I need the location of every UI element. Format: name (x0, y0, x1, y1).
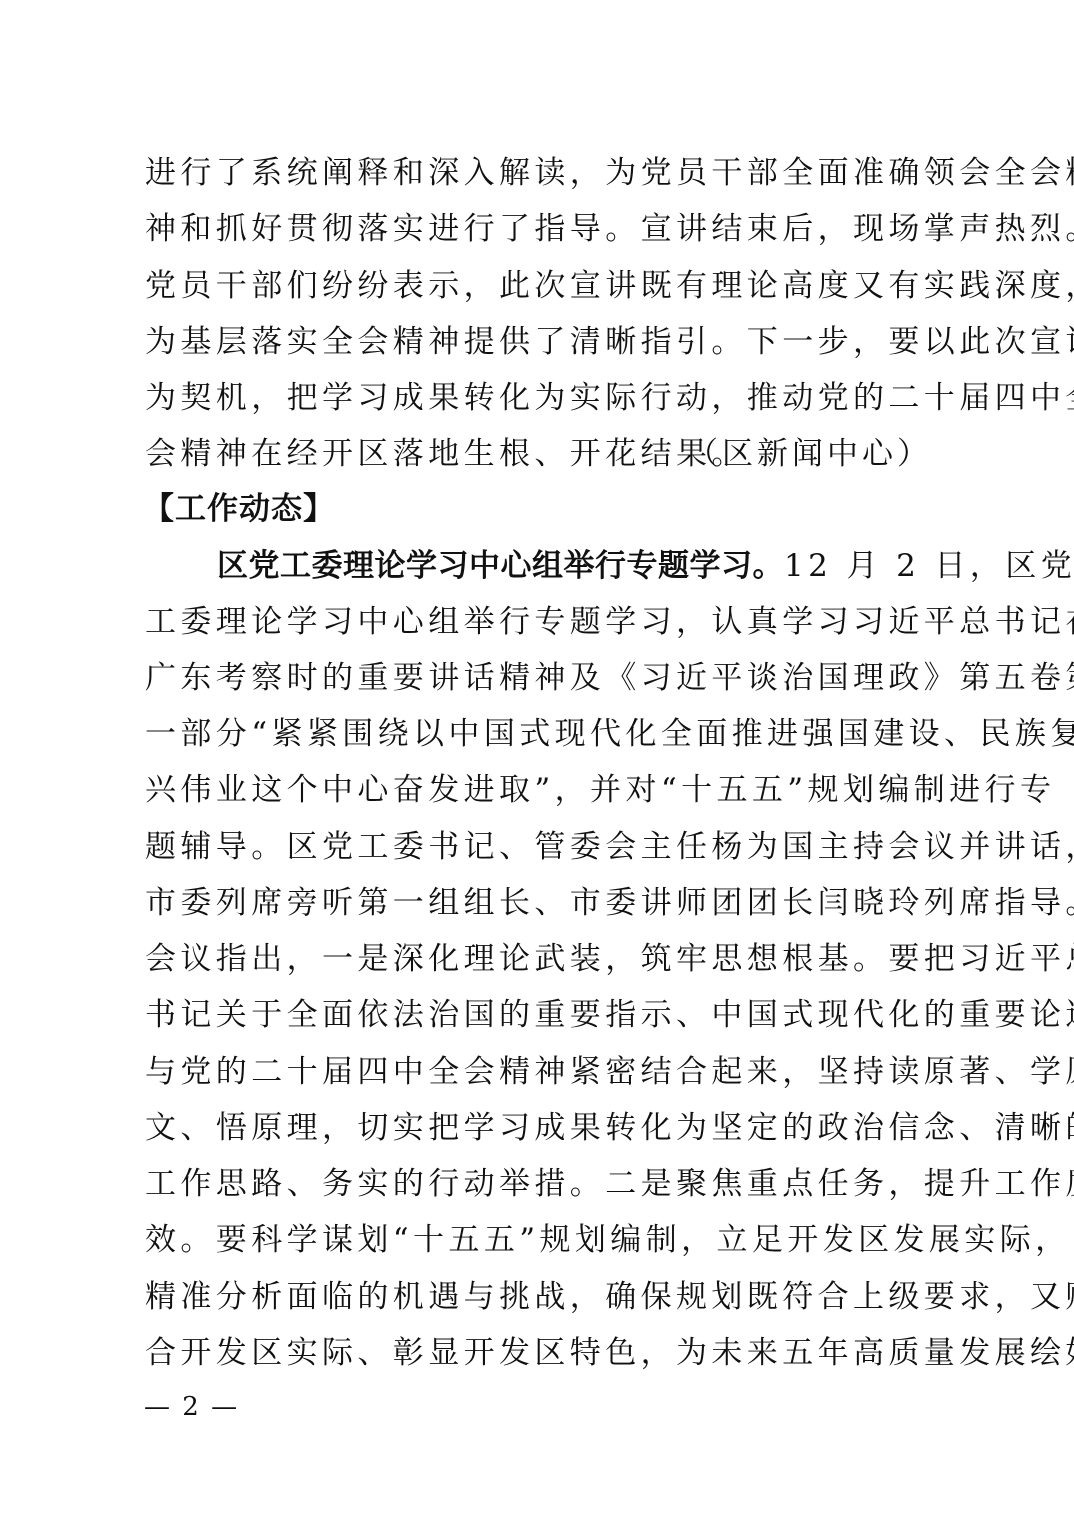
paragraph-line: 进行了系统阐释和深入解读，为党员干部全面准确领会全会精 (145, 153, 935, 193)
article-date-text: 12 月 2 日，区党 (784, 548, 1074, 584)
paragraph-line: 一部分“紧紧围绕以中国式现代化全面推进强国建设、民族复 (145, 714, 935, 754)
article-title-lead: 区党工委理论学习中心组举行专题学习。 (217, 548, 784, 584)
paragraph-line: 工委理论学习中心组举行专题学习，认真学习习近平总书记在 (145, 602, 935, 642)
paragraph-line: 合开发区实际、彰显开发区特色，为未来五年高质量发展绘好 (145, 1333, 935, 1373)
section-heading: 【工作动态】 (143, 489, 335, 529)
paragraph-line: 工作思路、务实的行动举措。二是聚焦重点任务，提升工作质 (145, 1164, 935, 1204)
paragraph-line: 广东考察时的重要讲话精神及《习近平谈治国理政》第五卷第 (145, 658, 935, 698)
paragraph-line: 神和抓好贯彻落实进行了指导。宣讲结束后，现场掌声热烈。 (145, 209, 935, 249)
paragraph-line: 精准分析面临的机遇与挑战，确保规划既符合上级要求，又贴 (145, 1277, 935, 1317)
news-source-attribution: （区新闻中心） (687, 434, 932, 474)
paragraph-line: 效。要科学谋划“十五五”规划编制，立足开发区发展实际， (145, 1220, 935, 1260)
article-first-line: 区党工委理论学习中心组举行专题学习。12 月 2 日，区党 (145, 546, 935, 586)
document-page: 进行了系统阐释和深入解读，为党员干部全面准确领会全会精 神和抓好贯彻落实进行了指… (0, 0, 1074, 1520)
paragraph-line: 会议指出，一是深化理论武装，筑牢思想根基。要把习近平总 (145, 939, 935, 979)
paragraph-line: 兴伟业这个中心奋发进取”，并对“十五五”规划编制进行专 (145, 770, 935, 810)
paragraph-line: 市委列席旁听第一组组长、市委讲师团团长闫晓玲列席指导。 (145, 883, 935, 923)
page-number: — 2 — (144, 1390, 239, 1424)
paragraph-line: 党员干部们纷纷表示，此次宣讲既有理论高度又有实践深度， (145, 266, 935, 306)
paragraph-line: 为契机，把学习成果转化为实际行动，推动党的二十届四中全 (145, 378, 935, 418)
paragraph-line: 题辅导。区党工委书记、管委会主任杨为国主持会议并讲话， (145, 827, 935, 867)
paragraph-line: 书记关于全面依法治国的重要指示、中国式现代化的重要论述， (145, 995, 935, 1035)
paragraph-line: 文、悟原理，切实把学习成果转化为坚定的政治信念、清晰的 (145, 1108, 935, 1148)
paragraph-line: 为基层落实全会精神提供了清晰指引。下一步，要以此次宣讲 (145, 322, 935, 362)
paragraph-line: 与党的二十届四中全会精神紧密结合起来，坚持读原著、学原 (145, 1052, 935, 1092)
